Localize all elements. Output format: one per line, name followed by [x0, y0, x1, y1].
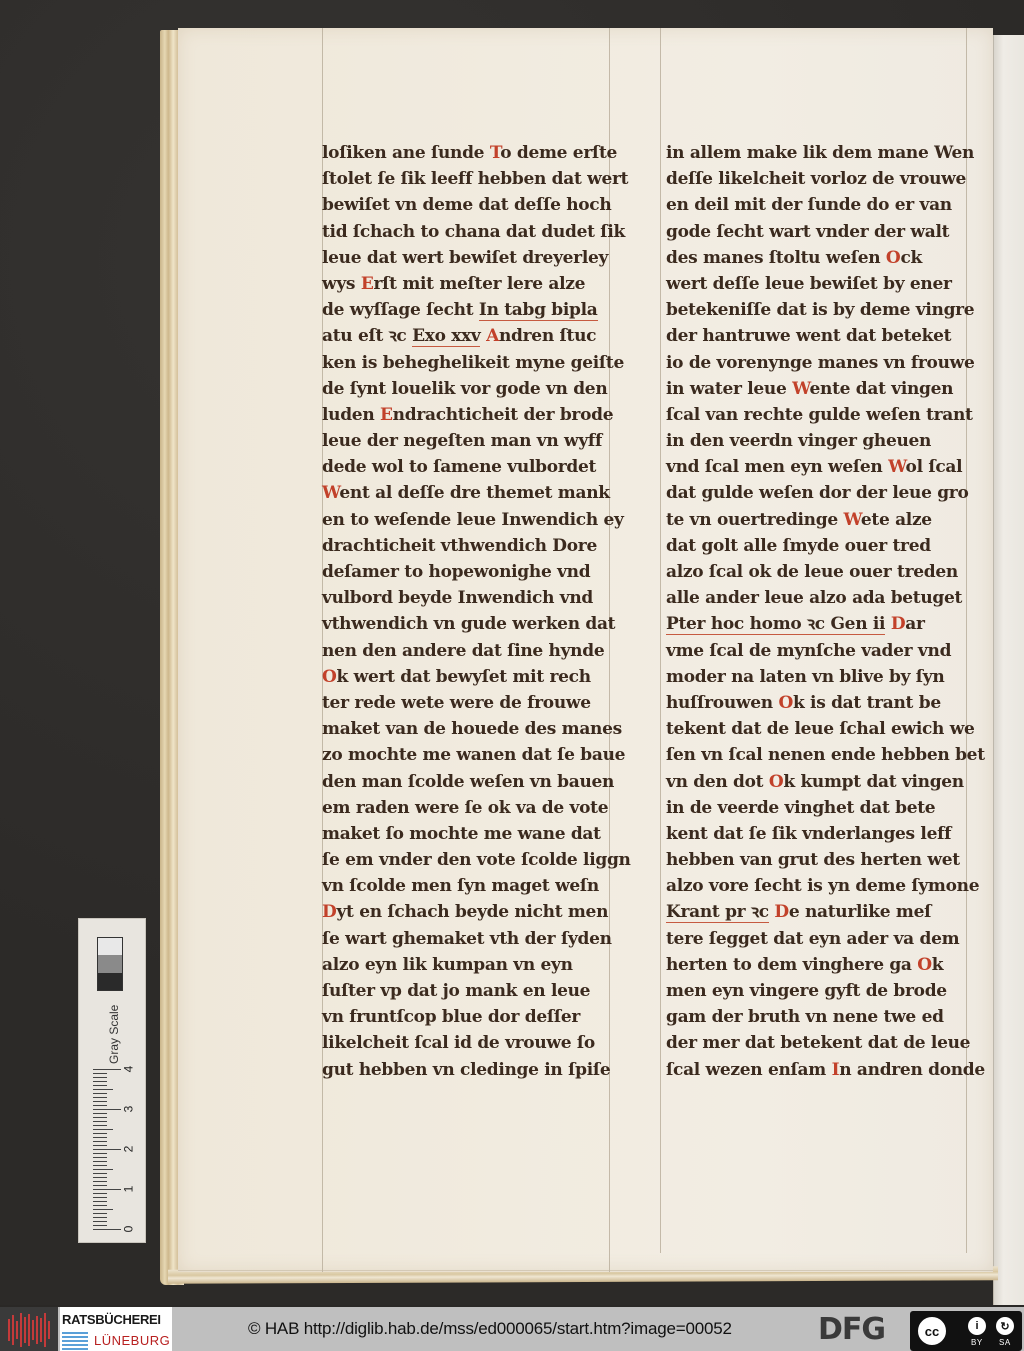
line-text-continued: ete alze: [861, 510, 932, 530]
manuscript-line: alzo vore ſecht is yn deme ſymone: [666, 873, 966, 899]
line-text: ſtolet ſe ſik leeff hebben dat wert: [322, 169, 628, 189]
ruler-tick: [93, 1077, 107, 1078]
line-text: ſcal wezen enſam: [666, 1060, 832, 1080]
line-text: leue der negeſten man vn wyff: [322, 431, 602, 451]
rubricated-initial: W: [322, 483, 339, 503]
manuscript-line: moder na laten vn blive by ſyn: [666, 664, 966, 690]
ruler-tick: [93, 1165, 107, 1166]
manuscript-line: Krant pr ꝛc De naturlike meſ: [666, 899, 966, 925]
ruler-tick: [93, 1169, 113, 1170]
line-text: ſe em vnder den vote ſcolde liggn: [322, 850, 631, 870]
manuscript-line: loſiken ane ſunde To deme erſte: [322, 140, 622, 166]
manuscript-line: maket ſo mochte me wane dat: [322, 821, 622, 847]
manuscript-line: deſſe likelcheit vorloz de vrouwe: [666, 166, 966, 192]
line-text: io de vorenynge manes vn frouwe: [666, 353, 975, 373]
manuscript-line: vthwendich vn gude werken dat: [322, 611, 622, 637]
line-text-continued: ck: [900, 248, 922, 268]
manuscript-line: alzo eyn lik kumpan vn eyn: [322, 952, 622, 978]
manuscript-line: io de vorenynge manes vn frouwe: [666, 350, 966, 376]
library-name-top: RATSBÜCHEREI: [62, 1312, 161, 1327]
ruler-tick: [93, 1129, 113, 1130]
line-text: ſcal van rechte gulde weſen trant: [666, 405, 973, 425]
manuscript-line: ſtolet ſe ſik leeff hebben dat wert: [322, 166, 622, 192]
line-text-continued: k kumpt dat vingen: [783, 772, 964, 792]
line-text: vn den dot: [666, 772, 769, 792]
rubricated-initial: O: [769, 772, 784, 792]
ruler-tick: [93, 1113, 107, 1114]
line-text-continued: rſt mit meſter lere alze: [373, 274, 585, 294]
manuscript-line: wys Erſt mit meſter lere alze: [322, 271, 622, 297]
rubricated-initial: O: [917, 955, 932, 975]
ruler-tick-label: 2: [121, 1146, 135, 1153]
line-text: alzo eyn lik kumpan vn eyn: [322, 955, 573, 975]
ruler-tick: [93, 1153, 107, 1154]
rubricated-initial: D: [885, 614, 905, 634]
line-text: bewiſet vn deme dat deſſe hoch: [322, 195, 611, 215]
line-text-continued: yt en ſchach beyde nicht men: [336, 902, 608, 922]
line-text-continued: n andren donde: [839, 1060, 985, 1080]
manuscript-line: vulbord beyde Inwendich vnd: [322, 585, 622, 611]
text-column-right: in allem make lik dem mane Wendeſſe like…: [666, 140, 966, 1083]
manuscript-line: huſſrouwen Ok is dat trant be: [666, 690, 966, 716]
rubricated-initial: E: [361, 274, 374, 294]
rubricated-initial: D: [769, 902, 789, 922]
swatch-light: [98, 938, 122, 955]
manuscript-line: ſen vn ſcal nenen ende hebben bet: [666, 742, 966, 768]
line-text: vn fruntſcop blue dor deſſer: [322, 1007, 580, 1027]
library-name-bottom: LÜNEBURG: [94, 1333, 170, 1348]
ruler-tick: [93, 1205, 107, 1206]
ruler-tick-label: 1: [121, 1186, 135, 1193]
gray-scale-swatches: [97, 937, 123, 991]
ruler-tick: [93, 1193, 107, 1194]
facing-page-edge: [993, 35, 1024, 1305]
manuscript-line: tid ſchach to chana dat dudet ſik: [322, 219, 622, 245]
manuscript-line: leue dat wert bewiſet dreyerley: [322, 245, 622, 271]
line-text: alzo ſcal ok de leue ouer treden: [666, 562, 958, 582]
line-text-continued: ent al deſſe dre themet mank: [339, 483, 609, 503]
manuscript-line: Went al deſſe dre themet mank: [322, 480, 622, 506]
line-text: betekeniſſe dat is by deme vingre: [666, 300, 974, 320]
ruler-tick: [93, 1161, 107, 1162]
manuscript-line: de ſynt louelik vor gode vn den: [322, 376, 622, 402]
line-text: den man ſcolde weſen vn bauen: [322, 772, 614, 792]
line-text: luden: [322, 405, 380, 425]
ruler-tick: [93, 1081, 107, 1082]
line-text: alzo vore ſecht is yn deme ſymone: [666, 876, 979, 896]
line-text-continued: ndren ſtuc: [499, 326, 596, 346]
ruler-tick: [93, 1149, 121, 1150]
manuscript-line: men eyn vingere gyft de brode: [666, 978, 966, 1004]
line-text: de wyſſage ſecht: [322, 300, 479, 320]
cc-icon: cc: [915, 1314, 949, 1348]
ruler-tick: [93, 1217, 107, 1218]
line-text: em raden were ſe ok va de vote: [322, 798, 608, 818]
ruler-tick: [93, 1089, 113, 1090]
manuscript-line: ſe wart ghemaket vth der ſyden: [322, 926, 622, 952]
ruler-tick: [93, 1225, 107, 1226]
rubricated-initial: E: [380, 405, 393, 425]
manuscript-line: tere ſegget dat eyn ader va dem: [666, 926, 966, 952]
manuscript-line: der hantruwe went dat beteket: [666, 323, 966, 349]
line-text: tid ſchach to chana dat dudet ſik: [322, 222, 625, 242]
ruler-tick: [93, 1137, 107, 1138]
ruler-tick: [93, 1229, 121, 1230]
ruler-tick: [93, 1109, 121, 1110]
ruler-tick: [93, 1093, 107, 1094]
underlined-citation: In tabg bipla: [479, 300, 598, 321]
manuscript-line: zo mochte me wanen dat ſe baue: [322, 742, 622, 768]
manuscript-line: in water leue Wente dat vingen: [666, 376, 966, 402]
manuscript-line: herten to dem vinghere ga Ok: [666, 952, 966, 978]
ruler-tick: [93, 1073, 107, 1074]
line-text: dat golt alle ſmyde ouer tred: [666, 536, 931, 556]
manuscript-line: dat gulde weſen dor der leue gro: [666, 480, 966, 506]
line-text: in water leue: [666, 379, 792, 399]
share-alike-icon: ↻: [996, 1317, 1014, 1335]
ruler-tick: [93, 1185, 107, 1186]
line-text: en deil mit der ſunde do er van: [666, 195, 952, 215]
line-text: te vn ouertredinge: [666, 510, 843, 530]
line-text: nen den andere dat ſine hynde: [322, 641, 604, 661]
cc-license-badge[interactable]: cc i ↻ BY SA: [910, 1311, 1022, 1351]
rubricated-initial: W: [888, 457, 905, 477]
manuscript-line: vn den dot Ok kumpt dat vingen: [666, 769, 966, 795]
ruler-tick: [93, 1177, 107, 1178]
manuscript-line: atu eſt ꝛc Exo xxv Andren ſtuc: [322, 323, 622, 349]
line-text: maket ſo mochte me wane dat: [322, 824, 601, 844]
line-text-continued: o deme erſte: [500, 143, 617, 163]
license-sa-label: SA: [999, 1338, 1011, 1347]
line-text: vme ſcal de mynſche vader vnd: [666, 641, 951, 661]
manuscript-line: in den veerdn vinger gheuen: [666, 428, 966, 454]
manuscript-line: te vn ouertredinge Wete alze: [666, 507, 966, 533]
line-text: herten to dem vinghere ga: [666, 955, 917, 975]
line-text-continued: ndrachticheit der brode: [393, 405, 614, 425]
ratsbuecherei-logo[interactable]: RATSBÜCHEREI LÜNEBURG: [60, 1307, 172, 1351]
rubricated-initial: O: [886, 248, 901, 268]
line-text: vulbord beyde Inwendich vnd: [322, 588, 593, 608]
line-text: tekent dat de leue ſchal ewich we: [666, 719, 975, 739]
open-book-icon: [62, 1332, 88, 1350]
line-text: vnd ſcal men eyn weſen: [666, 457, 888, 477]
manuscript-line: ſcal van rechte gulde weſen trant: [666, 402, 966, 428]
swatch-mid: [98, 955, 122, 972]
manuscript-line: ſe em vnder den vote ſcolde liggn: [322, 847, 622, 873]
manuscript-line: ter rede wete were de frouwe: [322, 690, 622, 716]
swatch-dark: [98, 973, 122, 990]
ruler-tick: [93, 1173, 107, 1174]
line-text: in allem make lik dem mane Wen: [666, 143, 974, 163]
ruling-line-right-outer: [660, 28, 661, 1253]
line-text-continued: e naturlike meſ: [789, 902, 931, 922]
manuscript-line: dede wol to ſamene vulbordet: [322, 454, 622, 480]
line-text: huſſrouwen: [666, 693, 778, 713]
line-text: maket van de houede des manes: [322, 719, 622, 739]
line-text: leue dat wert bewiſet dreyerley: [322, 248, 608, 268]
manuscript-line: vme ſcal de mynſche vader vnd: [666, 638, 966, 664]
underlined-citation: Exo xxv: [412, 326, 480, 347]
line-text: ſuſter vp dat jo mank en leue: [322, 981, 590, 1001]
rubricated-initial: W: [843, 510, 860, 530]
by-attribution-icon: i: [968, 1317, 986, 1335]
manuscript-line: leue der negeſten man vn wyff: [322, 428, 622, 454]
line-text-continued: ar: [905, 614, 924, 634]
manuscript-line: gode ſecht wart vnder der walt: [666, 219, 966, 245]
line-text: likelcheit ſcal id de vrouwe ſo: [322, 1033, 595, 1053]
line-text: drachticheit vthwendich Dore: [322, 536, 597, 556]
line-text: dede wol to ſamene vulbordet: [322, 457, 596, 477]
manuscript-line: en to weſende leue Inwendich ey: [322, 507, 622, 533]
ruler-tick: [93, 1221, 107, 1222]
ruler-tick-label: 4: [121, 1066, 135, 1073]
underlined-citation: Krant pr ꝛc: [666, 902, 769, 923]
ruler-tick: [93, 1145, 107, 1146]
line-text: men eyn vingere gyft de brode: [666, 981, 947, 1001]
dfg-logo[interactable]: DFG: [818, 1314, 885, 1346]
manuscript-line: luden Endrachticheit der brode: [322, 402, 622, 428]
ruler-tick: [93, 1157, 107, 1158]
line-text-continued: k: [932, 955, 943, 975]
manuscript-line: des manes ſtoltu weſen Ock: [666, 245, 966, 271]
ruler-tick: [93, 1117, 107, 1118]
line-text: gut hebben vn cledinge in ſpiſe: [322, 1060, 610, 1080]
license-by-label: BY: [971, 1338, 983, 1347]
line-text: de ſynt louelik vor gode vn den: [322, 379, 607, 399]
ruler-tick: [93, 1069, 121, 1070]
manuscript-line: alle ander leue alzo ada betuget: [666, 585, 966, 611]
manuscript-line: gam der bruth vn nene twe ed: [666, 1004, 966, 1030]
manuscript-line: vnd ſcal men eyn weſen Wol ſcal: [666, 454, 966, 480]
line-text: ken is beheghelikeit myne geiſte: [322, 353, 624, 373]
ruler-tick: [93, 1101, 107, 1102]
manuscript-line: dat golt alle ſmyde ouer tred: [666, 533, 966, 559]
line-text: des manes ſtoltu weſen: [666, 248, 886, 268]
line-text: hebben van grut des herten wet: [666, 850, 960, 870]
manuscript-line: bewiſet vn deme dat deſſe hoch: [322, 192, 622, 218]
ruler-tick: [93, 1201, 107, 1202]
line-text: loſiken ane ſunde: [322, 143, 490, 163]
line-text: vn ſcolde men ſyn maget weſn: [322, 876, 599, 896]
line-text: dat gulde weſen dor der leue gro: [666, 483, 969, 503]
manuscript-line: likelcheit ſcal id de vrouwe ſo: [322, 1030, 622, 1056]
line-text: in den veerdn vinger gheuen: [666, 431, 931, 451]
line-text: deſſe likelcheit vorloz de vrouwe: [666, 169, 966, 189]
footer-bar: RATSBÜCHEREI LÜNEBURG © HAB http://digli…: [0, 1305, 1024, 1351]
line-text: gam der bruth vn nene twe ed: [666, 1007, 944, 1027]
manuscript-line: vn fruntſcop blue dor deſſer: [322, 1004, 622, 1030]
line-text: tere ſegget dat eyn ader va dem: [666, 929, 959, 949]
rubricated-initial: W: [792, 379, 809, 399]
manuscript-line: nen den andere dat ſine hynde: [322, 638, 622, 664]
library-barcode-logo: [0, 1307, 58, 1351]
manuscript-line: wert deſſe leue bewiſet by ener: [666, 271, 966, 297]
manuscript-line: betekeniſſe dat is by deme vingre: [666, 297, 966, 323]
manuscript-line: Ok wert dat bewyſet mit rech: [322, 664, 622, 690]
ruler-tick: [93, 1105, 107, 1106]
rubricated-initial: O: [778, 693, 793, 713]
line-text: gode ſecht wart vnder der walt: [666, 222, 949, 242]
ruler-tick-label: 0: [121, 1226, 135, 1233]
line-text-continued: k is dat trant be: [793, 693, 941, 713]
line-text: ſe wart ghemaket vth der ſyden: [322, 929, 612, 949]
manuscript-line: tekent dat de leue ſchal ewich we: [666, 716, 966, 742]
ruling-line-bottom: [178, 1270, 993, 1271]
line-text: wert deſſe leue bewiſet by ener: [666, 274, 952, 294]
manuscript-line: den man ſcolde weſen vn bauen: [322, 769, 622, 795]
rubricated-initial: A: [480, 326, 499, 346]
manuscript-line: drachticheit vthwendich Dore: [322, 533, 622, 559]
line-text: en to weſende leue Inwendich ey: [322, 510, 624, 530]
line-text: zo mochte me wanen dat ſe baue: [322, 745, 625, 765]
ruler-tick: [93, 1085, 107, 1086]
line-text: der hantruwe went dat beteket: [666, 326, 951, 346]
line-text: der mer dat betekent dat de leue: [666, 1033, 970, 1053]
line-text: kent dat ſe ſik vnderlanges leff: [666, 824, 951, 844]
manuscript-line: em raden were ſe ok va de vote: [322, 795, 622, 821]
ruler-tick: [93, 1141, 107, 1142]
manuscript-line: kent dat ſe ſik vnderlanges leff: [666, 821, 966, 847]
copyright-link[interactable]: © HAB http://diglib.hab.de/mss/ed000065/…: [248, 1319, 732, 1339]
ruler-tick: [93, 1125, 107, 1126]
manuscript-line: vn ſcolde men ſyn maget weſn: [322, 873, 622, 899]
manuscript-line: der mer dat betekent dat de leue: [666, 1030, 966, 1056]
rubricated-initial: D: [322, 902, 336, 922]
ruler-tick: [93, 1181, 107, 1182]
manuscript-line: hebben van grut des herten wet: [666, 847, 966, 873]
line-text: wys: [322, 274, 361, 294]
line-text-continued: ol ſcal: [906, 457, 963, 477]
underlined-citation: Pter hoc homo ꝛc Gen ii: [666, 614, 885, 635]
ruler-tick: [93, 1133, 107, 1134]
ruler-tick: [93, 1197, 107, 1198]
ruler-tick: [93, 1209, 113, 1210]
gray-scale-ruler: Gray Scale 01234: [78, 918, 146, 1243]
line-text: in de veerde vinghet dat bete: [666, 798, 935, 818]
line-text: alle ander leue alzo ada betuget: [666, 588, 962, 608]
manuscript-line: Dyt en ſchach beyde nicht men: [322, 899, 622, 925]
line-text: moder na laten vn blive by ſyn: [666, 667, 944, 687]
manuscript-line: en deil mit der ſunde do er van: [666, 192, 966, 218]
rubricated-initial: T: [490, 143, 500, 163]
line-text: ter rede wete were de frouwe: [322, 693, 591, 713]
line-text: deſamer to hopewonighe vnd: [322, 562, 590, 582]
rubricated-initial: O: [322, 667, 337, 687]
line-text: atu eſt ꝛc: [322, 326, 412, 346]
ruler-tick: [93, 1213, 107, 1214]
manuscript-line: in allem make lik dem mane Wen: [666, 140, 966, 166]
ruler-tick: [93, 1189, 121, 1190]
manuscript-line: gut hebben vn cledinge in ſpiſe: [322, 1057, 622, 1083]
line-text: vthwendich vn gude werken dat: [322, 614, 615, 634]
gray-scale-label: Gray Scale: [89, 999, 139, 1069]
ruler-tick: [93, 1121, 107, 1122]
manuscript-line: de wyſſage ſecht In tabg bipla: [322, 297, 622, 323]
manuscript-line: deſamer to hopewonighe vnd: [322, 559, 622, 585]
manuscript-line: ken is beheghelikeit myne geiſte: [322, 350, 622, 376]
manuscript-line: in de veerde vinghet dat bete: [666, 795, 966, 821]
line-text-continued: ente dat vingen: [810, 379, 954, 399]
manuscript-line: ſcal wezen enſam In andren donde: [666, 1057, 966, 1083]
ruler-tick: [93, 1097, 107, 1098]
line-text: ſen vn ſcal nenen ende hebben bet: [666, 745, 985, 765]
manuscript-line: ſuſter vp dat jo mank en leue: [322, 978, 622, 1004]
ruler-tick-label: 3: [121, 1106, 135, 1113]
manuscript-line: maket van de houede des manes: [322, 716, 622, 742]
text-column-left: loſiken ane ſunde To deme erſteſtolet ſe…: [322, 140, 622, 1083]
manuscript-line: alzo ſcal ok de leue ouer treden: [666, 559, 966, 585]
line-text-continued: k wert dat bewyſet mit rech: [337, 667, 591, 687]
manuscript-line: Pter hoc homo ꝛc Gen ii Dar: [666, 611, 966, 637]
ruler-ticks: 01234: [93, 1069, 123, 1237]
